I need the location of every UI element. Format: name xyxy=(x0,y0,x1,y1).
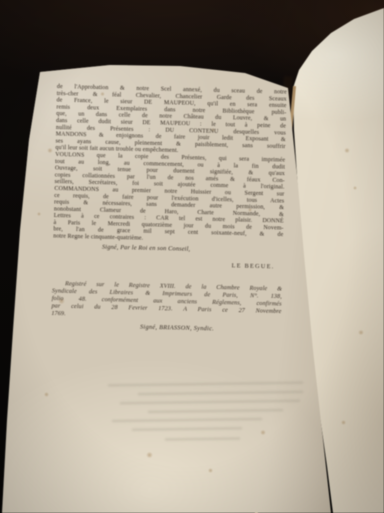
foxing-spot xyxy=(358,330,364,335)
open-book: de l'Approbation & notre Scel annexé, du… xyxy=(0,0,384,513)
showthrough-text-line xyxy=(120,400,300,405)
book-photograph: de l'Approbation & notre Scel annexé, du… xyxy=(0,0,384,513)
showthrough-text-line xyxy=(108,382,303,387)
privilege-paragraph: de l'Approbation & notre Scel annexé, du… xyxy=(53,83,287,245)
showthrough-text-line xyxy=(112,418,262,422)
foxing-spot xyxy=(37,212,41,216)
royal-signatory-name: LE BEGUE. xyxy=(53,257,283,270)
foxing-spot xyxy=(47,148,53,153)
foxing-spot xyxy=(353,186,357,190)
foxing-spot xyxy=(344,148,350,153)
showthrough-text-line xyxy=(148,409,283,413)
registration-paragraph: Registré sur le Registre XVIII. de la Ch… xyxy=(51,279,282,323)
showthrough-text-line xyxy=(138,391,303,395)
foxing-spot xyxy=(341,420,346,425)
foxing-spot xyxy=(260,430,266,435)
royal-signature-line: Signé, Par le Roi en son Conseil, xyxy=(102,243,283,254)
foxing-spot xyxy=(44,392,49,397)
showthrough-text-line xyxy=(165,437,240,440)
privilege-text-block: de l'Approbation & notre Scel annexé, du… xyxy=(51,83,287,333)
syndic-signature-line: Signé, BRIASSON, Syndic. xyxy=(140,323,281,333)
foxing-spot xyxy=(146,452,153,458)
foxing-spot xyxy=(208,468,213,473)
showthrough-text-line xyxy=(132,427,242,431)
